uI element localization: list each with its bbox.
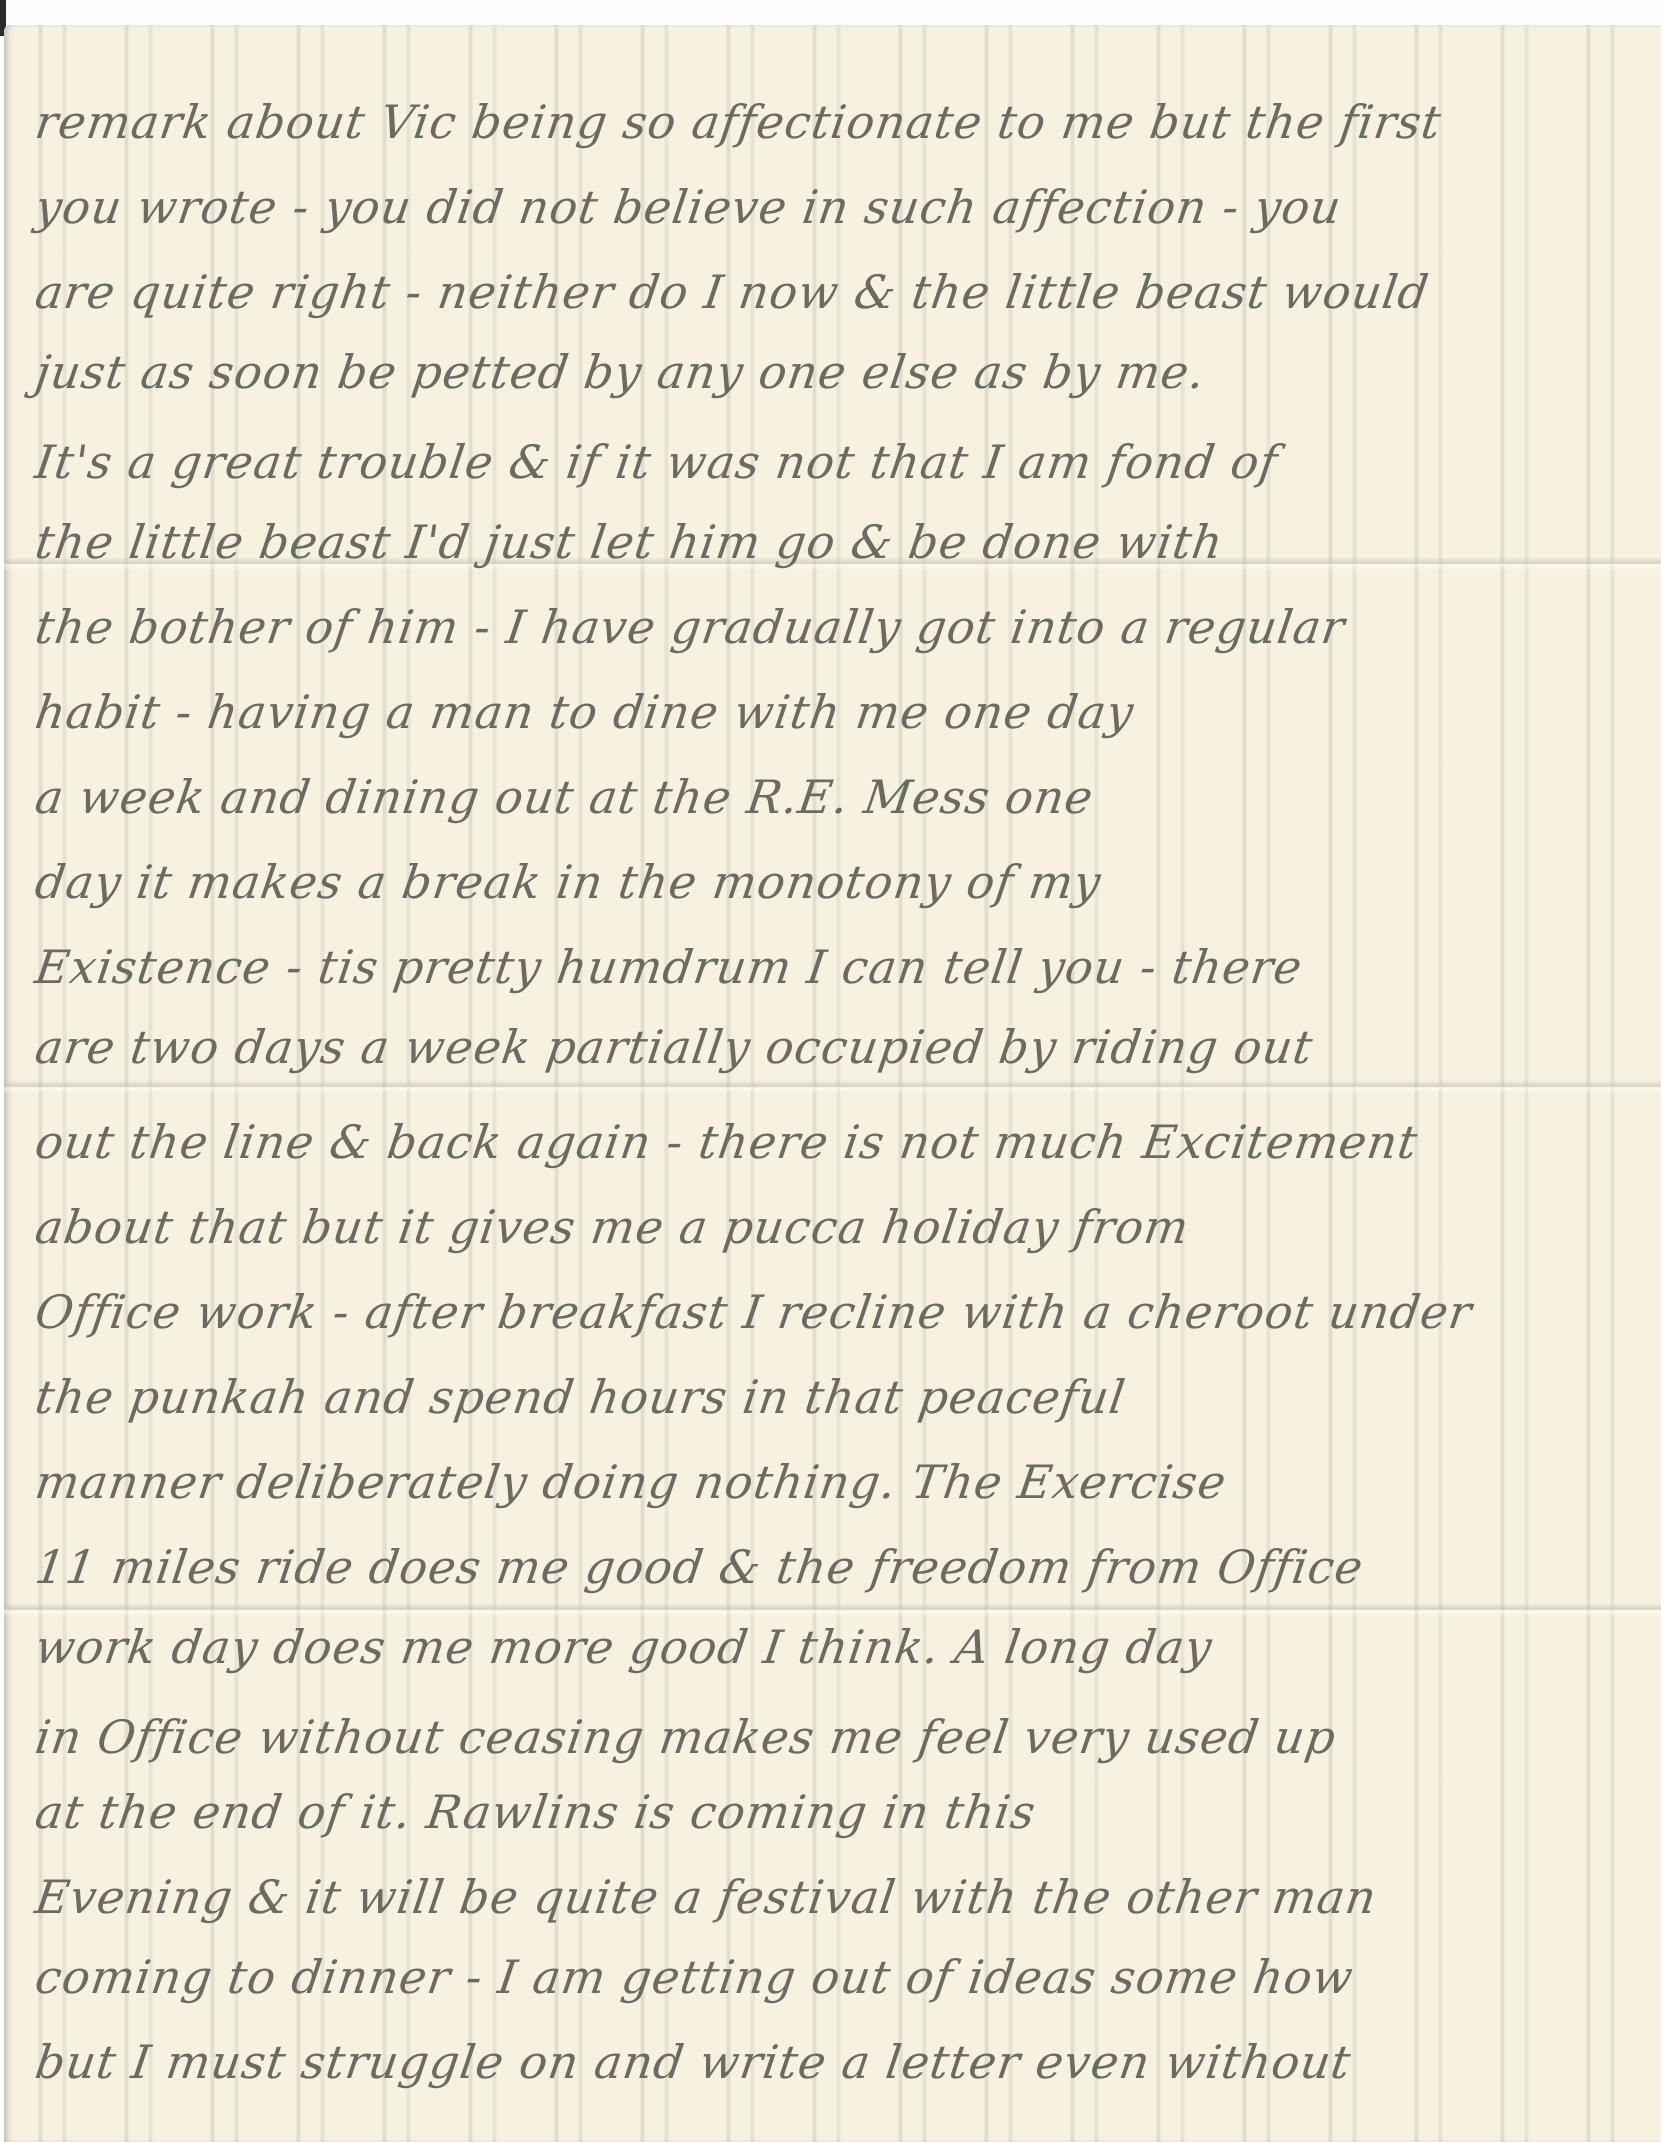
text-line: but I must struggle on and write a lette… bbox=[32, 2035, 1650, 2089]
text-line: are two days a week partially occupied b… bbox=[32, 1020, 1650, 1074]
text-line: just as soon be petted by any one else a… bbox=[32, 345, 1650, 399]
text-line: habit - having a man to dine with me one… bbox=[32, 685, 1650, 739]
text-line: coming to dinner - I am getting out of i… bbox=[32, 1950, 1650, 2004]
text-line: Office work - after breakfast I recline … bbox=[32, 1285, 1650, 1339]
fold-line-2 bbox=[4, 1080, 1661, 1094]
text-line: manner deliberately doing nothing. The E… bbox=[32, 1455, 1650, 1509]
text-line: a week and dining out at the R.E. Mess o… bbox=[32, 770, 1650, 824]
text-line: the bother of him - I have gradually got… bbox=[32, 600, 1650, 654]
text-line: 11 miles ride does me good & the freedom… bbox=[32, 1540, 1650, 1594]
text-line: you wrote - you did not believe in such … bbox=[32, 180, 1650, 234]
text-line: Evening & it will be quite a festival wi… bbox=[32, 1870, 1650, 1924]
text-line: the punkah and spend hours in that peace… bbox=[32, 1370, 1650, 1424]
text-line: the little beast I'd just let him go & b… bbox=[32, 515, 1650, 569]
text-line: remark about Vic being so affectionate t… bbox=[32, 95, 1650, 149]
text-line: in Office without ceasing makes me feel … bbox=[32, 1710, 1650, 1764]
text-line: are quite right - neither do I now & the… bbox=[32, 265, 1650, 319]
text-line: about that but it gives me a pucca holid… bbox=[32, 1200, 1650, 1254]
text-line: Existence - tis pretty humdrum I can tel… bbox=[32, 940, 1650, 994]
text-line: day it makes a break in the monotony of … bbox=[32, 855, 1650, 909]
scan-top-margin bbox=[0, 0, 1661, 25]
text-line: work day does me more good I think. A lo… bbox=[32, 1620, 1650, 1674]
letter-page: remark about Vic being so affectionate t… bbox=[4, 25, 1661, 2142]
text-line: It's a great trouble & if it was not tha… bbox=[32, 435, 1650, 489]
text-line: at the end of it. Rawlins is coming in t… bbox=[32, 1785, 1650, 1839]
text-line: out the line & back again - there is not… bbox=[32, 1115, 1650, 1169]
fold-line-3 bbox=[4, 1603, 1661, 1617]
